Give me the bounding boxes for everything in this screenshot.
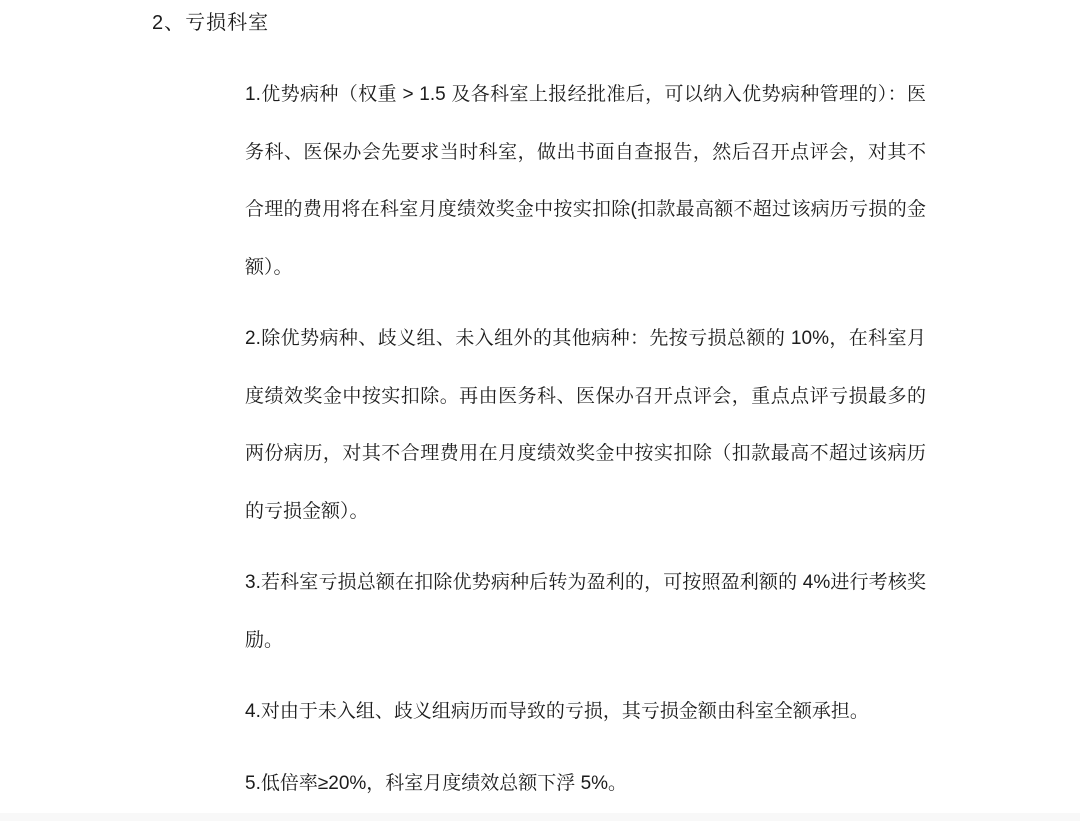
paragraph-ungrouped-loss: 4.对由于未入组、歧义组病历而导致的亏损，其亏损金额由科室全额承担。	[245, 683, 926, 741]
section-body: 1.优势病种（权重 > 1.5 及各科室上报经批准后，可以纳入优势病种管理的）：…	[245, 66, 926, 821]
page-bottom-edge	[0, 813, 1080, 821]
paragraph-profit-reward: 3.若科室亏损总额在扣除优势病种后转为盈利的，可按照盈利额的 4%进行考核奖励。	[245, 554, 926, 669]
document-page: 2、亏损科室 1.优势病种（权重 > 1.5 及各科室上报经批准后，可以纳入优势…	[0, 0, 1080, 821]
paragraph-other-diseases: 2.除优势病种、歧义组、未入组外的其他病种：先按亏损总额的 10%，在科室月度绩…	[245, 310, 926, 540]
paragraph-advantage-diseases: 1.优势病种（权重 > 1.5 及各科室上报经批准后，可以纳入优势病种管理的）：…	[245, 66, 926, 296]
section-heading: 2、亏损科室	[152, 6, 269, 35]
paragraph-low-rate-penalty: 5.低倍率≥20%，科室月度绩效总额下浮 5%。	[245, 755, 926, 813]
